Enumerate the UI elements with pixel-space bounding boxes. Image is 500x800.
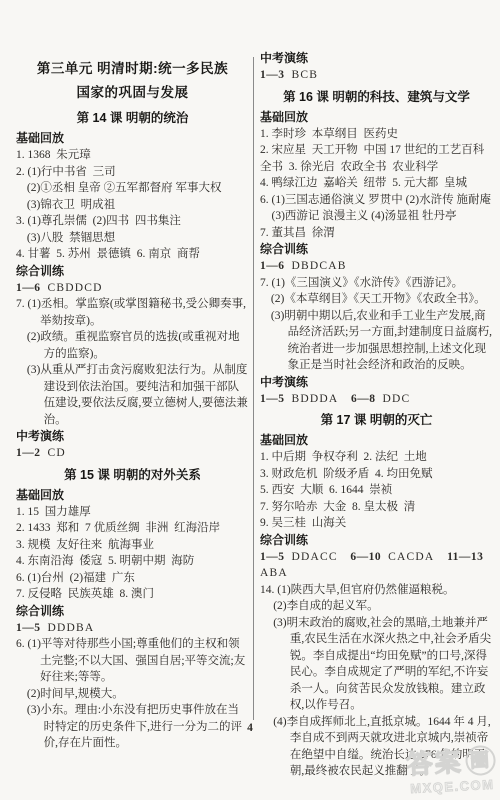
section-header: 综合训练 [260,241,493,258]
answer-letters: CD [41,447,66,459]
answer-line: (3)锦衣卫 明成祖 [16,197,249,214]
answer-key-line: 1—5 DDDBA [16,620,249,637]
answer-line: 2. 1433 郑和 7 优质丝绸 非洲 红海沿岸 [16,520,249,537]
answer-key-line: 1—6 DBDCAB [260,258,493,275]
section-header: 基础回放 [260,432,493,449]
answer-line: 6. (1)平等对待那些小国;尊重他们的主权和领土完整;不以大国、强国自居;平等… [16,636,249,686]
answer-letters: DDC [376,393,411,405]
answer-line: (3)从重从严打击贪污腐败犯法行为。从制度建设到依法治国。要纯洁和加强干部队伍建… [16,362,249,428]
answer-range: 1—5 [260,393,285,405]
section-header: 综合训练 [16,603,249,620]
answer-line: 1. 中后期 争权夺利 2. 法纪 土地 [260,449,493,466]
answer-range: 1—5 [16,622,41,634]
answer-key-line: 1—3 BCB [260,67,493,84]
section-header: 综合训练 [16,263,249,280]
answer-line: 14. (1)陕西大旱,但官府仍然催逼粮税。 [260,582,493,599]
watermark-circle-icon: 圈 [465,745,497,777]
answer-range: 1—5 [260,551,285,563]
answer-line: 5. 西安 大顺 6. 1644 崇祯 [260,482,493,499]
answer-range: 1—6 [260,260,285,272]
answer-line: (2)李自成的起义军。 [260,598,493,615]
answer-letters: CBDDCD [41,282,103,294]
page-number: 4 [240,722,260,734]
answer-line: 3. 规模 友好往来 航海事业 [16,537,249,554]
section-header: 中考演练 [260,374,493,391]
answer-range: 1—2 [16,447,41,459]
answer-line: (3)明朝中期以后,农业和手工业生产发展,商品经济活跃;另一方面,封建制度日益腐… [260,308,493,374]
answer-line: 7. 董其昌 徐渭 [260,225,493,242]
answer-line: 1. 1368 朱元璋 [16,147,249,164]
answer-key-line: 1—5 DDACC 6—10 CACDA 11—13 ABA [260,549,493,582]
answer-range: 11—13 [447,551,483,563]
answer-key-line: 1—2 CD [16,445,249,462]
answer-line: 7. (1)《三国演义》《水浒传》《西游记》。 [260,275,493,292]
watermark-text: 答案 [406,746,464,779]
answer-line: 1. 15 国力雄厚 [16,504,249,521]
answer-range: 1—6 [16,282,41,294]
section-header: 综合训练 [260,532,493,549]
answer-key-line: 1—5 BDDDA 6—8 DDC [260,391,493,408]
lesson-title: 第 14 课 明朝的统治 [16,109,249,128]
left-column: 第三单元 明清时期:统一多民族国家的巩固与发展第 14 课 明朝的统治基础回放1… [16,52,249,752]
section-header: 中考演练 [260,50,493,67]
answer-range: 6—8 [351,393,376,405]
answer-line: 2. (1)行中书省 三司 [16,164,249,181]
watermark: 答案圈 MXQE.COM [406,744,497,797]
right-column: 中考演练1—3 BCB第 16 课 明朝的科技、建筑与文学基础回放1. 李时珍 … [260,50,493,780]
answer-range: 6—10 [350,551,381,563]
answer-letters: BCB [285,69,319,81]
answer-letters: DDACC [285,551,351,563]
answer-line: (3)小东。理由:小东没有把历史事件放在当时特定的历史条件下,进行一分为二的评价… [16,702,249,752]
answer-line: 4. 东南沿海 倭寇 5. 明朝中期 海防 [16,553,249,570]
answer-line: 3. 财政危机 阶级矛盾 4. 均田免赋 [260,466,493,483]
answer-line: 1. 李时珍 本草纲目 医药史 [260,126,493,143]
answer-line: 7. (1)丞相。掌监察(或掌图籍秘书,受公卿奏事,举劾按章)。 [16,296,249,329]
section-header: 中考演练 [16,428,249,445]
answer-line: (3)八股 禁锢思想 [16,230,249,247]
answer-line: 2. 宋应星 天工开物 中国 17 世纪的工艺百科全书 3. 徐光启 农政全书 … [260,142,493,175]
answer-line: (3)明末政治的腐败,社会的黑暗,土地兼并严重,农民生活在水深火热之中,社会矛盾… [260,615,493,714]
answer-line: 7. 反侵略 民族英雄 8. 澳门 [16,586,249,603]
column-divider [253,57,254,720]
answer-line: 3. (1)尊孔崇儒 (2)四书 四书集注 [16,213,249,230]
answer-line: (2)①丞相 皇帝 ②五军都督府 军事大权 [16,180,249,197]
section-header: 基础回放 [260,109,493,126]
answer-line: 6. (1)台州 (2)福建 广东 [16,570,249,587]
answer-line: 4. 鸭绿江边 嘉峪关 纽带 5. 元大都 皇城 [260,175,493,192]
lesson-title: 第 15 课 明朝的对外关系 [16,466,249,485]
answer-line: 4. 甘薯 5. 苏州 景德镇 6. 南京 商帮 [16,246,249,263]
answer-line: 7. 努尔哈赤 大金 8. 皇太极 清 [260,499,493,516]
section-header: 基础回放 [16,487,249,504]
answer-line: (2)政绩。重视监察官员的选拔(或重视对地方的监察)。 [16,329,249,362]
answer-letters: BDDDA [285,393,352,405]
answer-letters: DDDBA [41,622,95,634]
watermark-logo: 答案圈 [406,744,497,781]
answer-letters: DBDCAB [285,260,347,272]
answer-line: (2)时间早,规模大。 [16,686,249,703]
answer-line: 6. (1)三国志通俗演义 罗贯中 (2)水浒传 施耐庵 (3)西游记 浪漫主义… [260,192,493,225]
answer-range: 1—3 [260,69,285,81]
lesson-title: 第 16 课 明朝的科技、建筑与文学 [260,88,493,107]
answer-letters: CACDA [381,551,447,563]
answer-key-line: 1—6 CBDDCD [16,280,249,297]
answer-line: (2)《本草纲目》《天工开物》《农政全书》。 [260,291,493,308]
answer-line: 9. 吴三桂 山海关 [260,515,493,532]
watermark-site: MXQE.COM [408,777,498,797]
answer-sheet-page: 第三单元 明清时期:统一多民族国家的巩固与发展第 14 课 明朝的统治基础回放1… [0,0,500,800]
lesson-title: 第 17 课 明朝的灭亡 [260,411,493,430]
unit-title: 国家的巩固与发展 [16,81,249,105]
section-header: 基础回放 [16,130,249,147]
unit-title: 第三单元 明清时期:统一多民族 [16,57,249,81]
